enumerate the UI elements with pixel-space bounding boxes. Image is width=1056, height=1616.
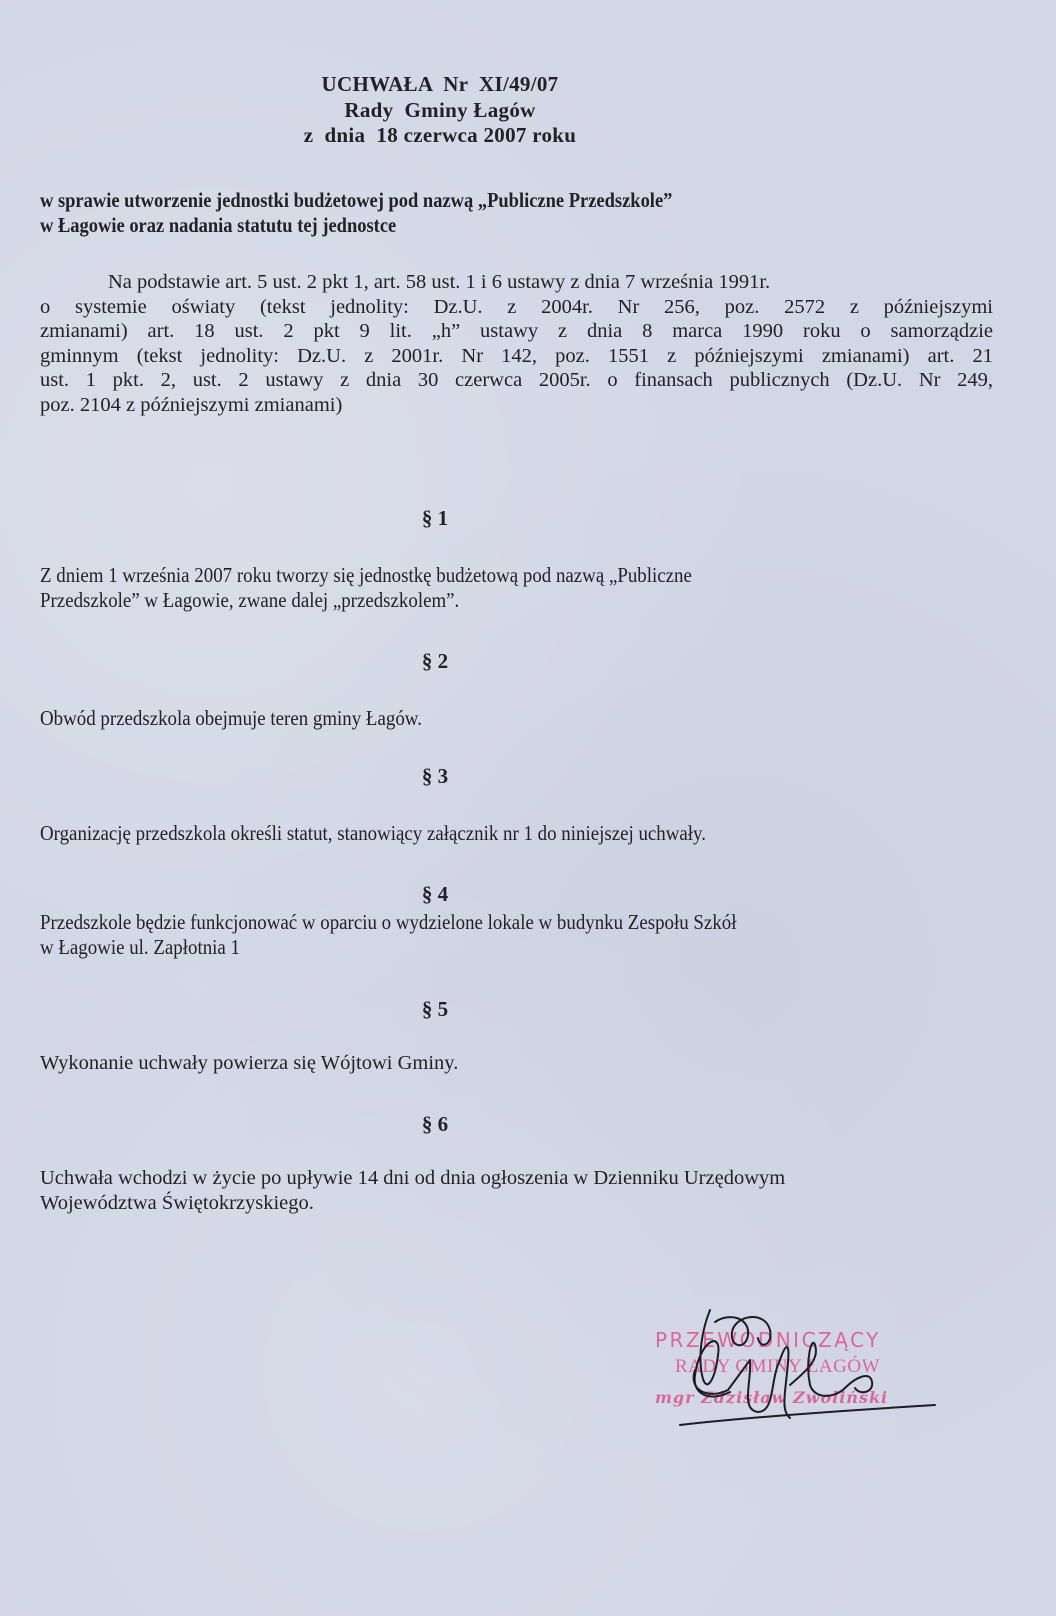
section-line: Województwa Świętokrzyskiego. [40, 1191, 1020, 1216]
section-line: Obwód przedszkola obejmuje teren gminy Ł… [40, 706, 922, 731]
council-name: Rady Gminy Łagów [0, 98, 880, 124]
section-6-body: Uchwała wchodzi w życie po upływie 14 dn… [40, 1166, 1020, 1216]
section-1-mark: § 1 [0, 505, 870, 531]
official-stamp: PRZEWODNICZĄCY RADY GMINY ŁAGÓW mgr Zdzi… [640, 1300, 940, 1440]
section-6-mark: § 6 [0, 1111, 870, 1137]
section-line: Uchwała wchodzi w życie po upływie 14 dn… [40, 1166, 1020, 1191]
document-page: UCHWAŁA Nr XI/49/07 Rady Gminy Łagów z d… [0, 0, 1056, 1616]
section-4-body: Przedszkole będzie funkcjonować w oparci… [40, 910, 922, 960]
section-4-mark: § 4 [0, 881, 870, 907]
section-3-mark: § 3 [0, 763, 870, 789]
preamble-line: Na podstawie art. 5 ust. 2 pkt 1, art. 5… [40, 270, 993, 295]
section-line: Organizację przedszkola określi statut, … [40, 821, 922, 846]
resolution-subject: w sprawie utworzenie jednostki budżetowe… [40, 188, 885, 238]
resolution-number: UCHWAŁA Nr XI/49/07 [0, 72, 880, 98]
resolution-date: z dnia 18 czerwca 2007 roku [0, 123, 880, 149]
section-3-body: Organizację przedszkola określi statut, … [40, 821, 922, 846]
section-2-mark: § 2 [0, 648, 870, 674]
preamble-line: o systemie oświaty (tekst jednolity: Dz.… [40, 295, 993, 320]
subject-line-1: w sprawie utworzenie jednostki budżetowe… [40, 188, 885, 213]
section-line: Przedszkole” w Łagowie, zwane dalej „prz… [40, 588, 922, 613]
preamble-line: ust. 1 pkt. 2, ust. 2 ustawy z dnia 30 c… [40, 368, 993, 393]
section-1-body: Z dniem 1 września 2007 roku tworzy się … [40, 563, 922, 613]
handwritten-signature-icon [640, 1300, 940, 1440]
legal-basis-paragraph: Na podstawie art. 5 ust. 2 pkt 1, art. 5… [40, 270, 993, 418]
section-line: Wykonanie uchwały powierza się Wójtowi G… [40, 1051, 1020, 1076]
subject-line-2: w Łagowie oraz nadania statutu tej jedno… [40, 213, 885, 238]
section-5-body: Wykonanie uchwały powierza się Wójtowi G… [40, 1051, 1020, 1076]
resolution-header: UCHWAŁA Nr XI/49/07 Rady Gminy Łagów z d… [0, 72, 880, 149]
preamble-line: zmianami) art. 18 ust. 2 pkt 9 lit. „h” … [40, 319, 993, 344]
preamble-line: poz. 2104 z późniejszymi zmianami) [40, 393, 993, 418]
section-2-body: Obwód przedszkola obejmuje teren gminy Ł… [40, 706, 922, 731]
section-line: Przedszkole będzie funkcjonować w oparci… [40, 910, 922, 935]
preamble-line: gminnym (tekst jednolity: Dz.U. z 2001r.… [40, 344, 993, 369]
section-line: Z dniem 1 września 2007 roku tworzy się … [40, 563, 922, 588]
section-line: w Łagowie ul. Zapłotnia 1 [40, 935, 922, 960]
section-5-mark: § 5 [0, 996, 870, 1022]
